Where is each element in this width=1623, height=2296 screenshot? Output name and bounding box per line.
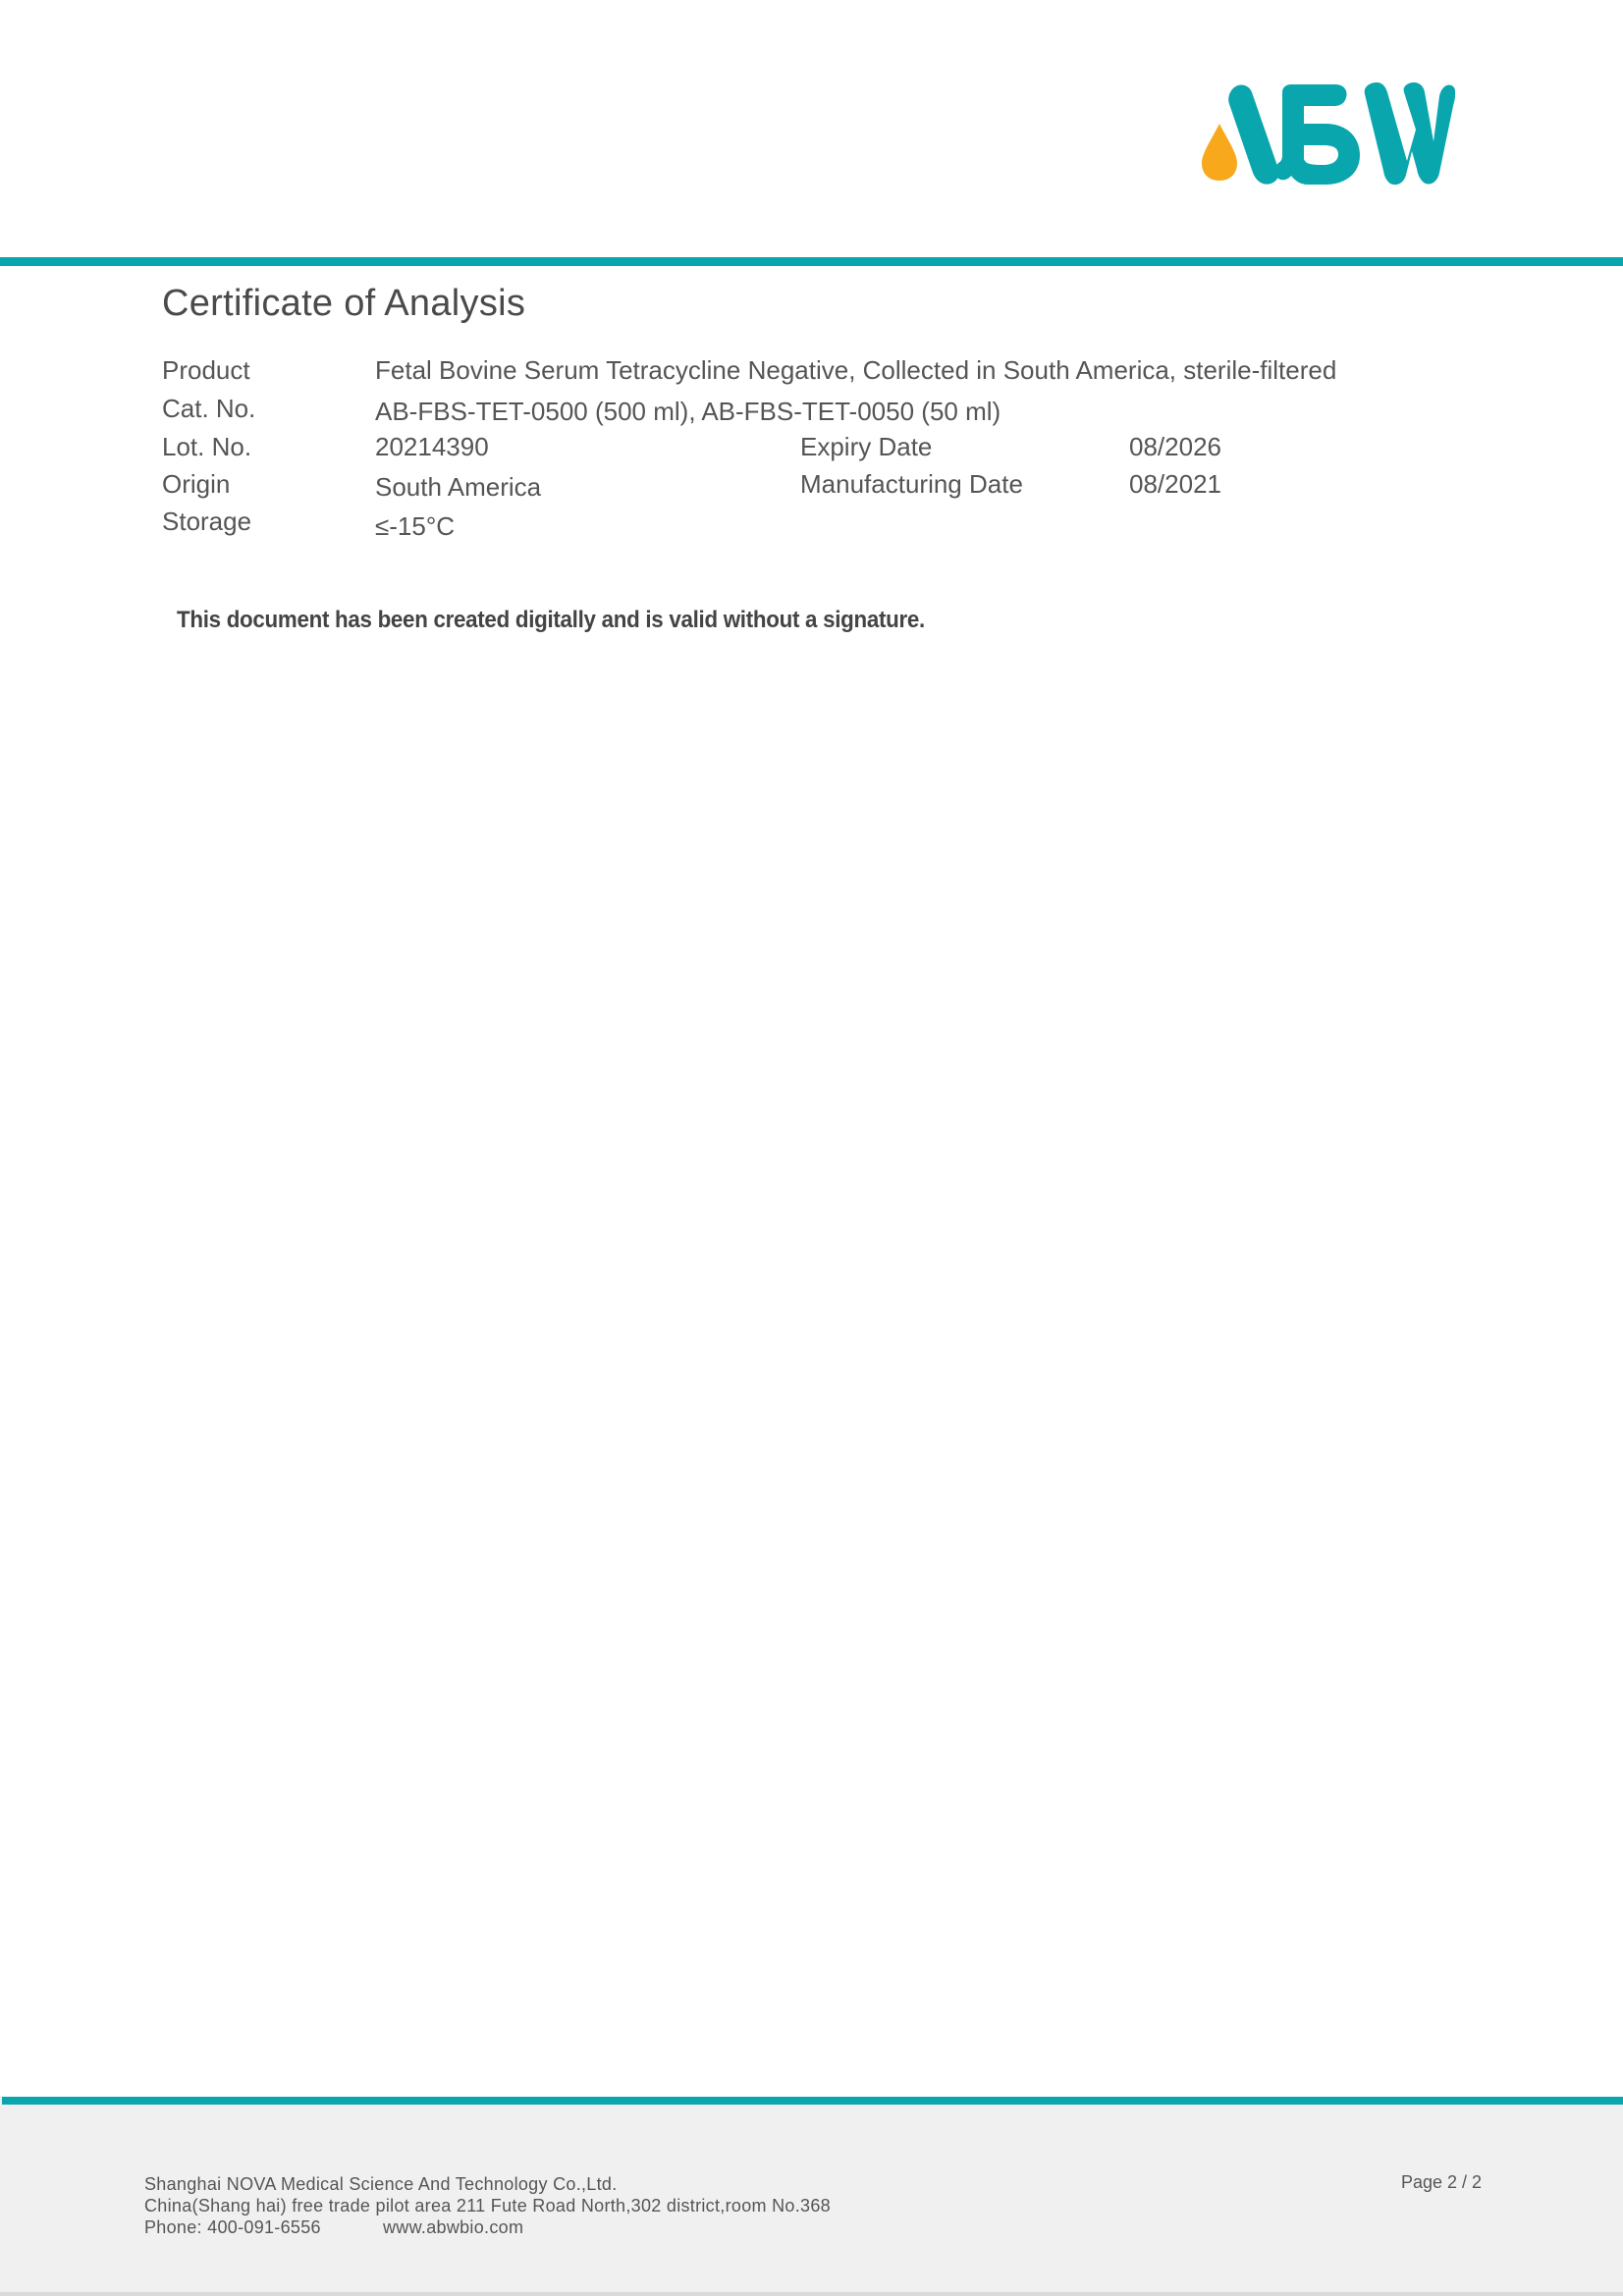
cat-no-label: Cat. No. xyxy=(162,394,255,424)
storage-value: ≤-15°C xyxy=(375,511,455,542)
lot-no-value: 20214390 xyxy=(375,432,489,462)
product-label: Product xyxy=(162,355,250,386)
manufacturing-date-value: 08/2021 xyxy=(1129,469,1221,500)
lot-no-label: Lot. No. xyxy=(162,432,251,462)
header-divider xyxy=(0,257,1623,266)
footer-website[interactable]: www.abwbio.com xyxy=(383,2217,523,2238)
document-title: Certificate of Analysis xyxy=(162,283,525,325)
expiry-date-value: 08/2026 xyxy=(1129,432,1221,462)
footer-address: China(Shang hai) free trade pilot area 2… xyxy=(144,2196,831,2216)
footer-bottom-edge xyxy=(0,2292,1623,2296)
manufacturing-date-label: Manufacturing Date xyxy=(800,469,1023,500)
drop-icon xyxy=(1202,124,1237,181)
expiry-date-label: Expiry Date xyxy=(800,432,932,462)
storage-label: Storage xyxy=(162,507,251,537)
product-value: Fetal Bovine Serum Tetracycline Negative… xyxy=(375,355,1336,386)
digital-validity-notice: This document has been created digitally… xyxy=(177,607,925,634)
footer-company: Shanghai NOVA Medical Science And Techno… xyxy=(144,2174,618,2195)
footer-divider xyxy=(2,2097,1623,2105)
footer-phone: Phone: 400-091-6556 xyxy=(144,2217,321,2238)
page-number: Page 2 / 2 xyxy=(1401,2172,1482,2193)
cat-no-value: AB-FBS-TET-0500 (500 ml), AB-FBS-TET-005… xyxy=(375,397,1001,427)
origin-value: South America xyxy=(375,472,541,503)
origin-label: Origin xyxy=(162,469,230,500)
abw-logo xyxy=(1198,82,1455,187)
